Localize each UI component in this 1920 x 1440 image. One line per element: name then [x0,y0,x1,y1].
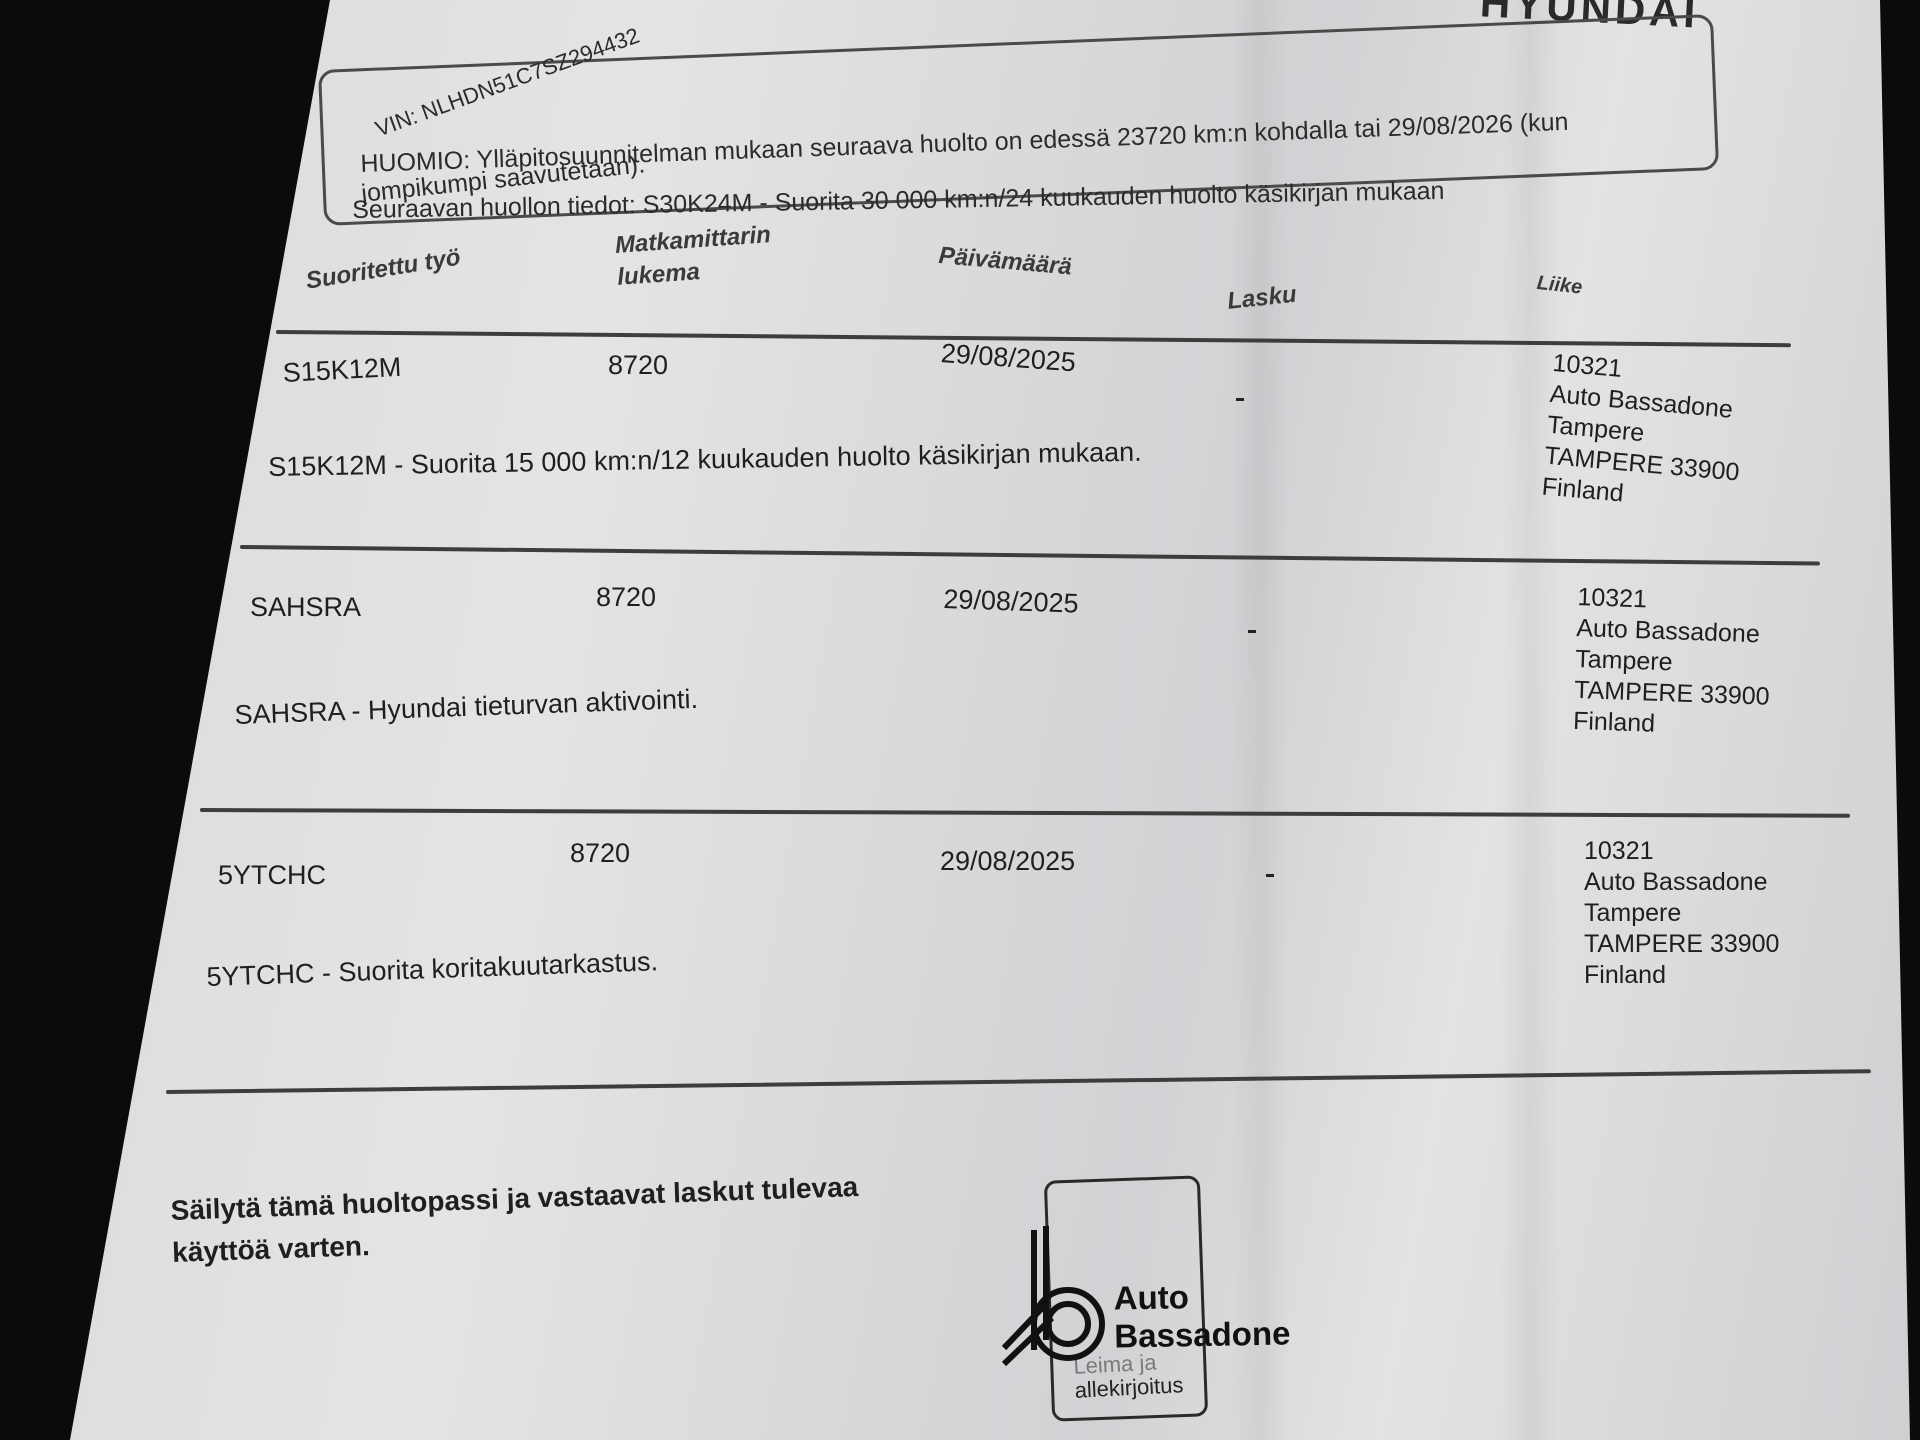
dealer-name: Auto Bassadone [1584,867,1779,898]
header-odometer: Matkamittarin lukema [614,219,774,294]
row1-description: S15K12M - Suorita 15 000 km:n/12 kuukaud… [268,437,1142,483]
paper-fold [1500,0,1560,1440]
row3-description: 5YTCHC - Suorita koritakuutarkastus. [206,946,658,993]
row1-code: S15K12M [282,352,402,389]
row1-date: 29/08/2025 [940,338,1077,378]
row2-code: SAHSRA [250,592,361,623]
header-date: Päivämäärä [938,242,1073,282]
row1-odometer: 8720 [608,350,668,381]
row2-odometer: 8720 [596,582,656,613]
row2-invoice [1248,630,1256,633]
row2-date: 29/08/2025 [943,584,1079,620]
header-work: Suoritettu työ [304,244,462,296]
stamp-caption: Leima ja allekirjoitus [1073,1349,1184,1403]
dealer-postal: TAMPERE 33900 [1584,929,1779,960]
row3-code: 5YTCHC [218,860,326,891]
dealer-logo-icon [1000,1220,1120,1370]
dealer-number: 10321 [1584,836,1779,867]
row3-date: 29/08/2025 [940,846,1075,877]
row1-dealer: 10321 Auto Bassadone Tampere TAMPERE 339… [1540,348,1748,519]
dealer-country: Finland [1584,960,1779,991]
retention-note: Säilytä tämä huoltopassi ja vastaavat la… [170,1166,860,1274]
stamp-name-line1: Auto [1113,1276,1290,1317]
service-booklet-page: HYUNDAI VIN: NLHDN51C7SZ294432 HUOMIO: Y… [0,0,1920,1440]
paper-fold [1230,0,1290,1440]
row-divider [200,808,1850,818]
row-divider [166,1069,1871,1094]
header-dealer: Liike [1536,272,1584,300]
row3-dealer: 10321 Auto Bassadone Tampere TAMPERE 339… [1584,836,1779,991]
row1-invoice [1236,398,1244,401]
row2-dealer: 10321 Auto Bassadone Tampere TAMPERE 339… [1573,582,1774,744]
dealer-city: Tampere [1584,898,1779,929]
row3-invoice [1266,874,1274,877]
row-divider [240,545,1820,566]
stamp-dealer-name: Auto Bassadone [1113,1276,1290,1355]
row3-odometer: 8720 [570,838,630,869]
row2-description: SAHSRA - Hyundai tieturvan aktivointi. [234,684,699,731]
